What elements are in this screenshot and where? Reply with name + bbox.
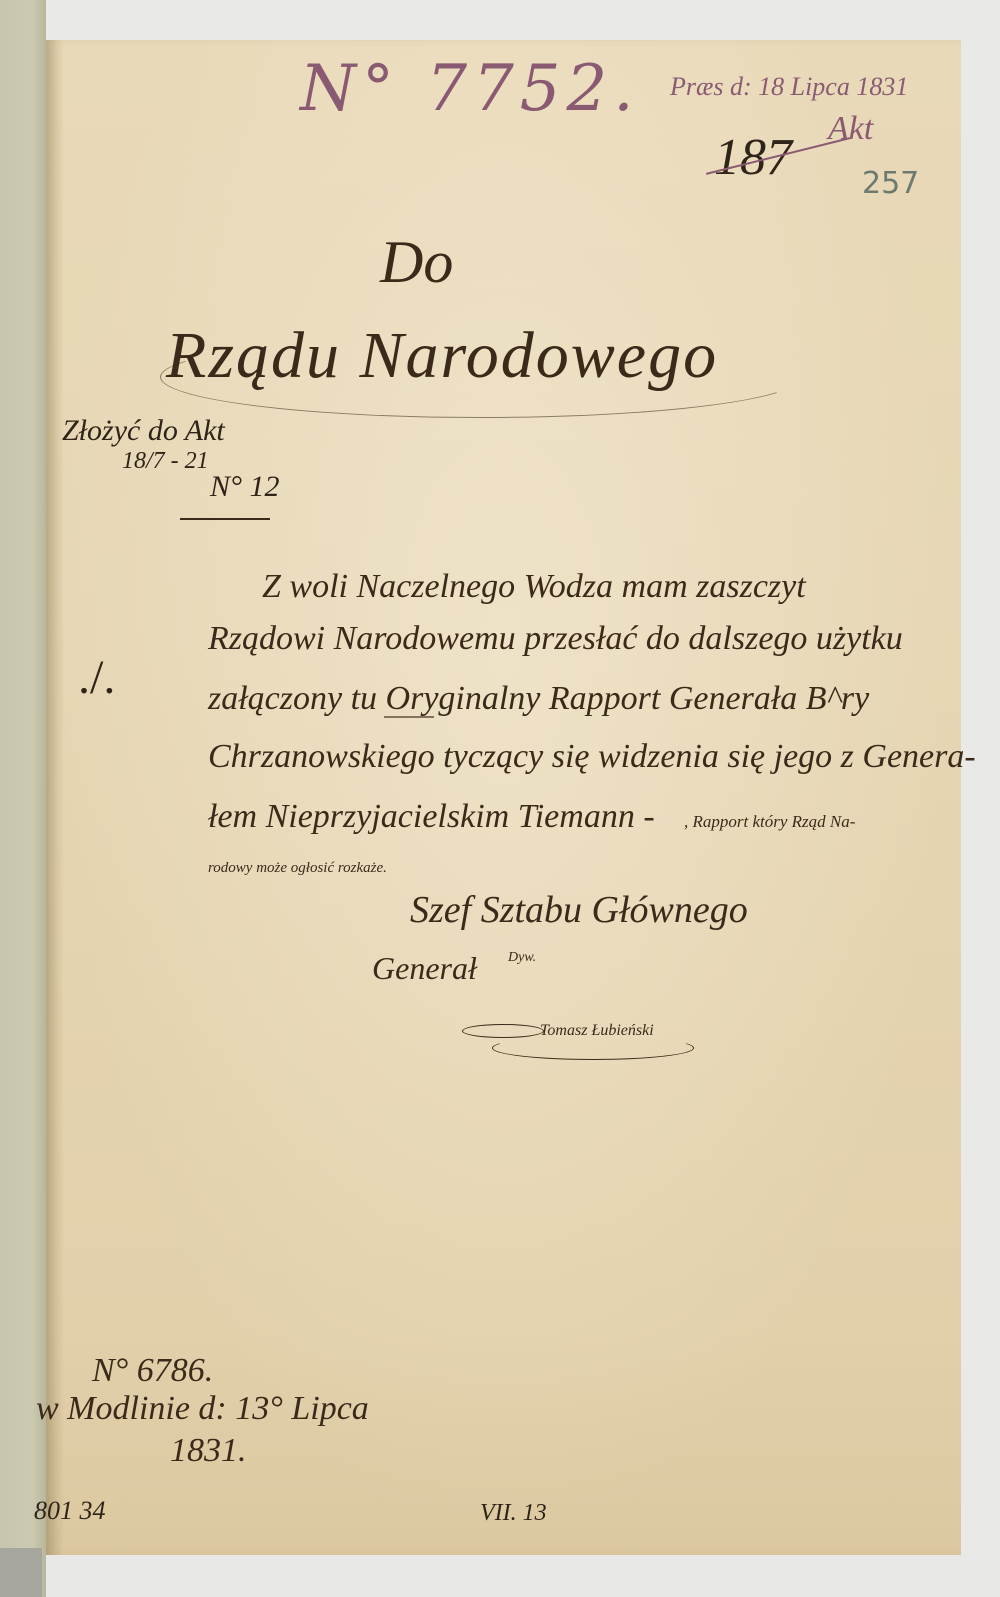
enclosure-margin-mark: ./. [78,650,115,705]
registry-number: N° 7752. [300,52,640,126]
archival-ref-left: 801 34 [34,1496,106,1526]
filing-number: N° 12 [210,470,280,504]
underline-tu [384,716,434,718]
signature-flourish-lower [492,1036,694,1060]
filing-date: 18/7 - 21 [122,448,209,475]
body-line-5: łem Nieprzyjacielskim Tiemann - [208,798,655,836]
folio-number: 257 [862,166,919,201]
praesentatum-date: Præs d: 18 Lipca 1831 [670,72,908,102]
outgoing-number: N° 6786. [92,1352,213,1390]
scan-background-bottom [46,1555,1000,1597]
filing-underline [180,518,270,520]
binding-backing-board [0,0,46,1597]
scan-background-right [961,0,1000,1597]
address-to: Do [380,228,453,297]
body-line-5-addition: , Rapport który Rząd Na- [684,812,855,832]
archival-ref-center: VII. 13 [480,1500,547,1527]
body-line-4: Chrzanowskiego tyczący się widzenia się … [208,738,976,776]
body-line-6: rodowy może ogłosić rozkaże. [208,860,387,877]
body-line-1: Z woli Naczelnego Wodza mam zaszczyt [262,568,806,606]
body-line-2: Rządowi Narodowemu przesłać do dalszego … [208,620,903,658]
signature-title: Szef Sztabu Głównego [410,888,748,932]
filing-note: Złożyć do Akt [62,414,225,448]
signature-rank: Generał [372,950,477,987]
struck-through-number: 187 [714,128,792,187]
scan-background-top [46,0,1000,40]
signature-flourish-upper [462,1024,544,1038]
signature-rank-superscript: Dyw. [508,950,536,966]
outgoing-year: 1831. [170,1432,247,1470]
binding-fold-shadow [46,40,64,1555]
binding-backing-lower [0,1548,42,1597]
address-flourish [160,336,802,418]
outgoing-place-date: w Modlinie d: 13° Lipca [36,1390,369,1428]
body-line-3: załączony tu Oryginalny Rapport Generała… [208,680,869,718]
